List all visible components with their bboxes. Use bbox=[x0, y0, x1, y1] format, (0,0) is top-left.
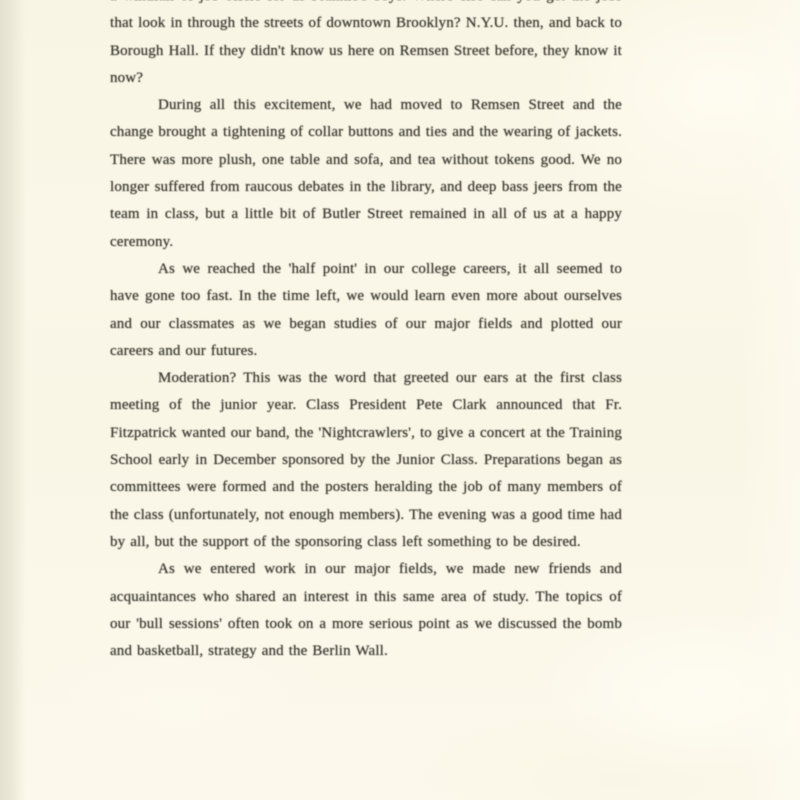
scanned-page: a windfall of job offers for us Frankie'… bbox=[0, 0, 800, 800]
paragraph: As we reached the 'half point' in our co… bbox=[110, 256, 622, 365]
paragraph: Moderation? This was the word that greet… bbox=[110, 365, 622, 556]
paragraph: a windfall of job offers for us Frankie'… bbox=[110, 0, 622, 92]
paragraph: During all this excitement, we had moved… bbox=[110, 92, 622, 256]
page-text-block: a windfall of job offers for us Frankie'… bbox=[110, 0, 622, 665]
page-gutter-shadow bbox=[0, 0, 26, 800]
paragraph: As we entered work in our major fields, … bbox=[110, 556, 622, 665]
page-edge-highlight bbox=[740, 0, 800, 800]
